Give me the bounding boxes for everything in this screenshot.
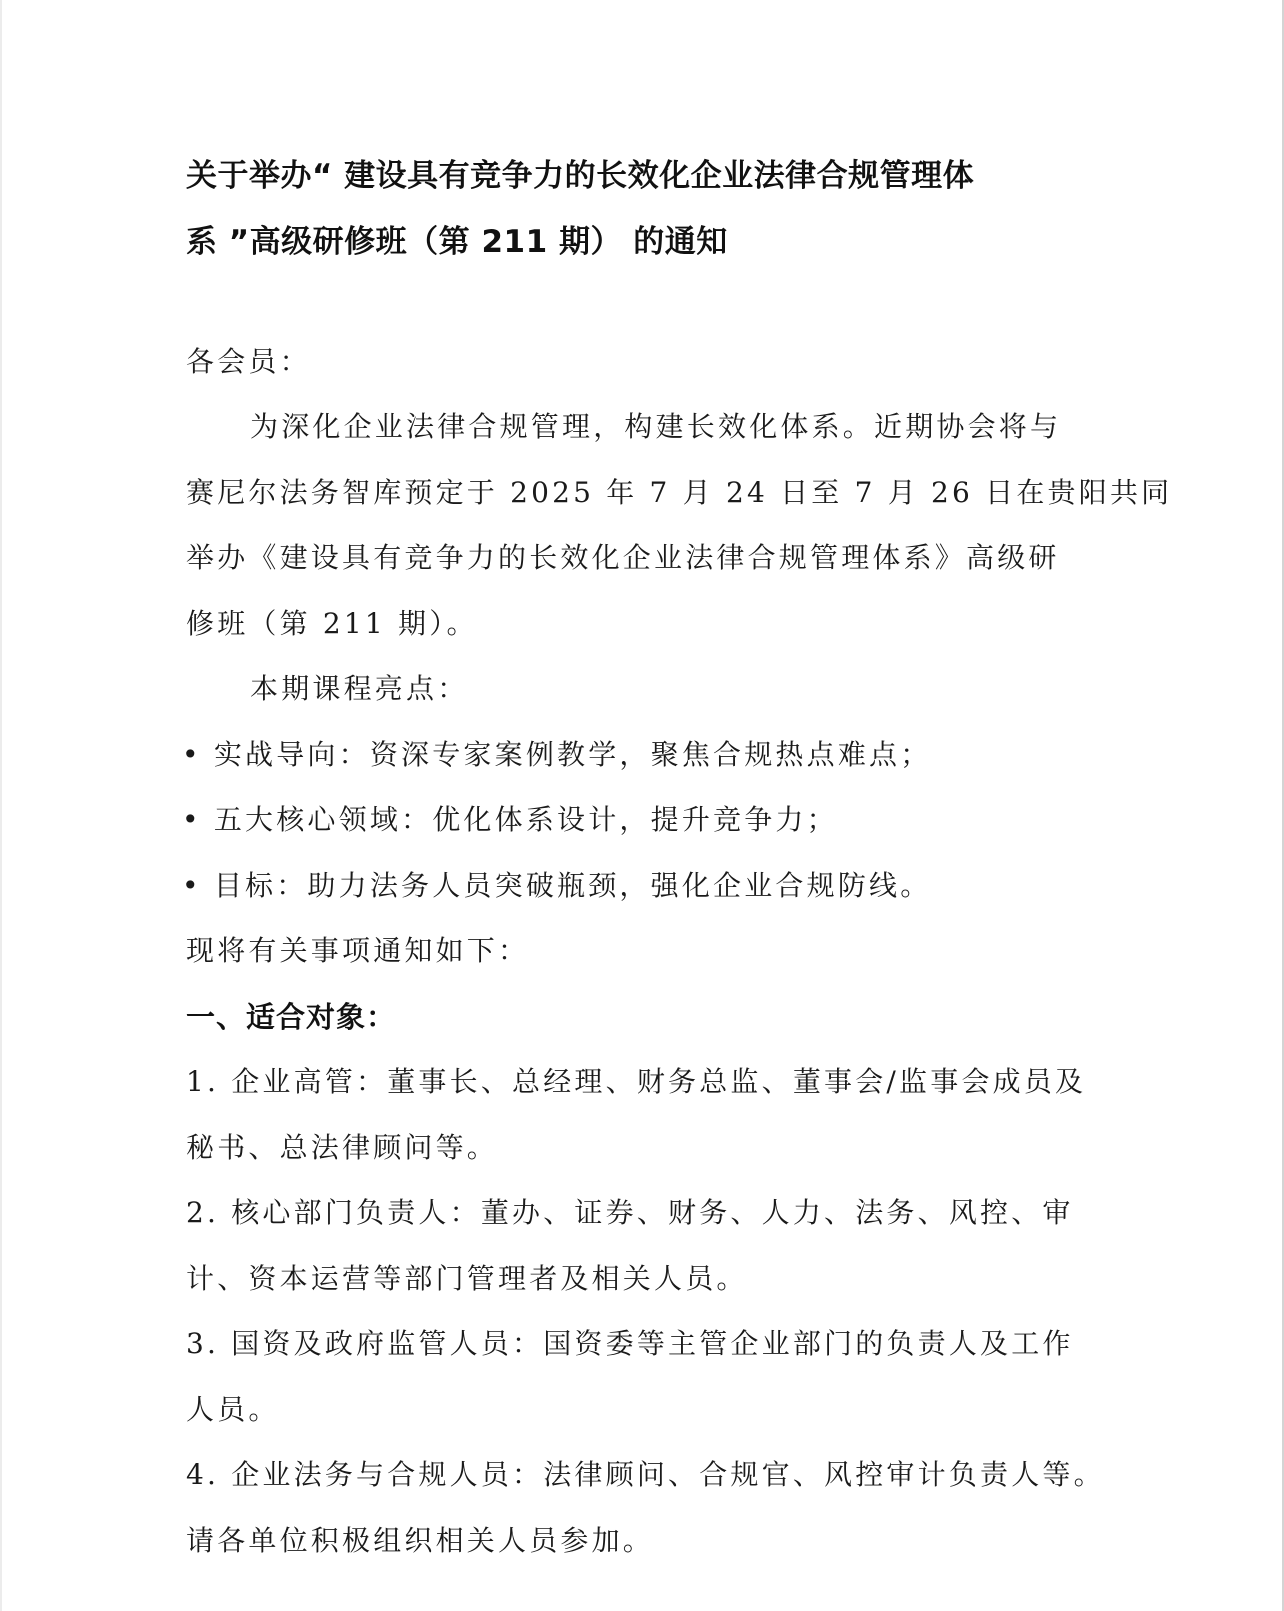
title-line-1: 关于举办“ 建设具有竞争力的长效化企业法律合规管理体 <box>186 143 1086 209</box>
notice-intro: 现将有关事项通知如下： <box>186 931 529 971</box>
document-page: 关于举办“ 建设具有竞争力的长效化企业法律合规管理体 系 ”高级研修班（第 21… <box>0 0 1284 1611</box>
audience-line: 计、资本运营等部门管理者及相关人员。 <box>186 1259 748 1299</box>
audience-line: 3. 国资及政府监管人员：国资委等主管企业部门的负责人及工作 <box>186 1324 1074 1364</box>
audience-line: 4. 企业法务与合规人员：法律顾问、合规官、风控审计负责人等。 <box>186 1455 1105 1495</box>
audience-line: 人员。 <box>186 1390 280 1430</box>
audience-line: 2. 核心部门负责人：董办、证券、财务、人力、法务、风控、审 <box>186 1193 1074 1233</box>
closing-line: 请各单位积极组织相关人员参加。 <box>186 1521 654 1561</box>
highlight-item: • 实战导向：资深专家案例教学，聚焦合规热点难点； <box>182 735 931 775</box>
audience-line: 秘书、总法律顾问等。 <box>186 1128 498 1168</box>
highlights-heading: 本期课程亮点： <box>250 669 468 709</box>
intro-line-2: 赛尼尔法务智库预定于 2025 年 7 月 24 日至 7 月 26 日在贵阳共… <box>186 473 1172 513</box>
highlight-item: • 五大核心领域：优化体系设计，提升竞争力； <box>182 800 838 840</box>
intro-line-4: 修班（第 211 期）。 <box>186 604 478 644</box>
intro-line-1: 为深化企业法律合规管理，构建长效化体系。近期协会将与 <box>250 407 1061 447</box>
audience-line: 1. 企业高管：董事长、总经理、财务总监、董事会/监事会成员及 <box>186 1062 1086 1102</box>
highlight-item: • 目标：助力法务人员突破瓶颈，强化企业合规防线。 <box>182 866 931 906</box>
title-line-2: 系 ”高级研修班（第 211 期） 的通知 <box>186 209 1086 275</box>
section-heading-audience: 一、适合对象： <box>186 997 396 1037</box>
intro-line-3: 举办《建设具有竞争力的长效化企业法律合规管理体系》高级研 <box>186 538 1060 578</box>
document-title: 关于举办“ 建设具有竞争力的长效化企业法律合规管理体 系 ”高级研修班（第 21… <box>186 143 1086 275</box>
salutation: 各会员： <box>186 342 311 382</box>
